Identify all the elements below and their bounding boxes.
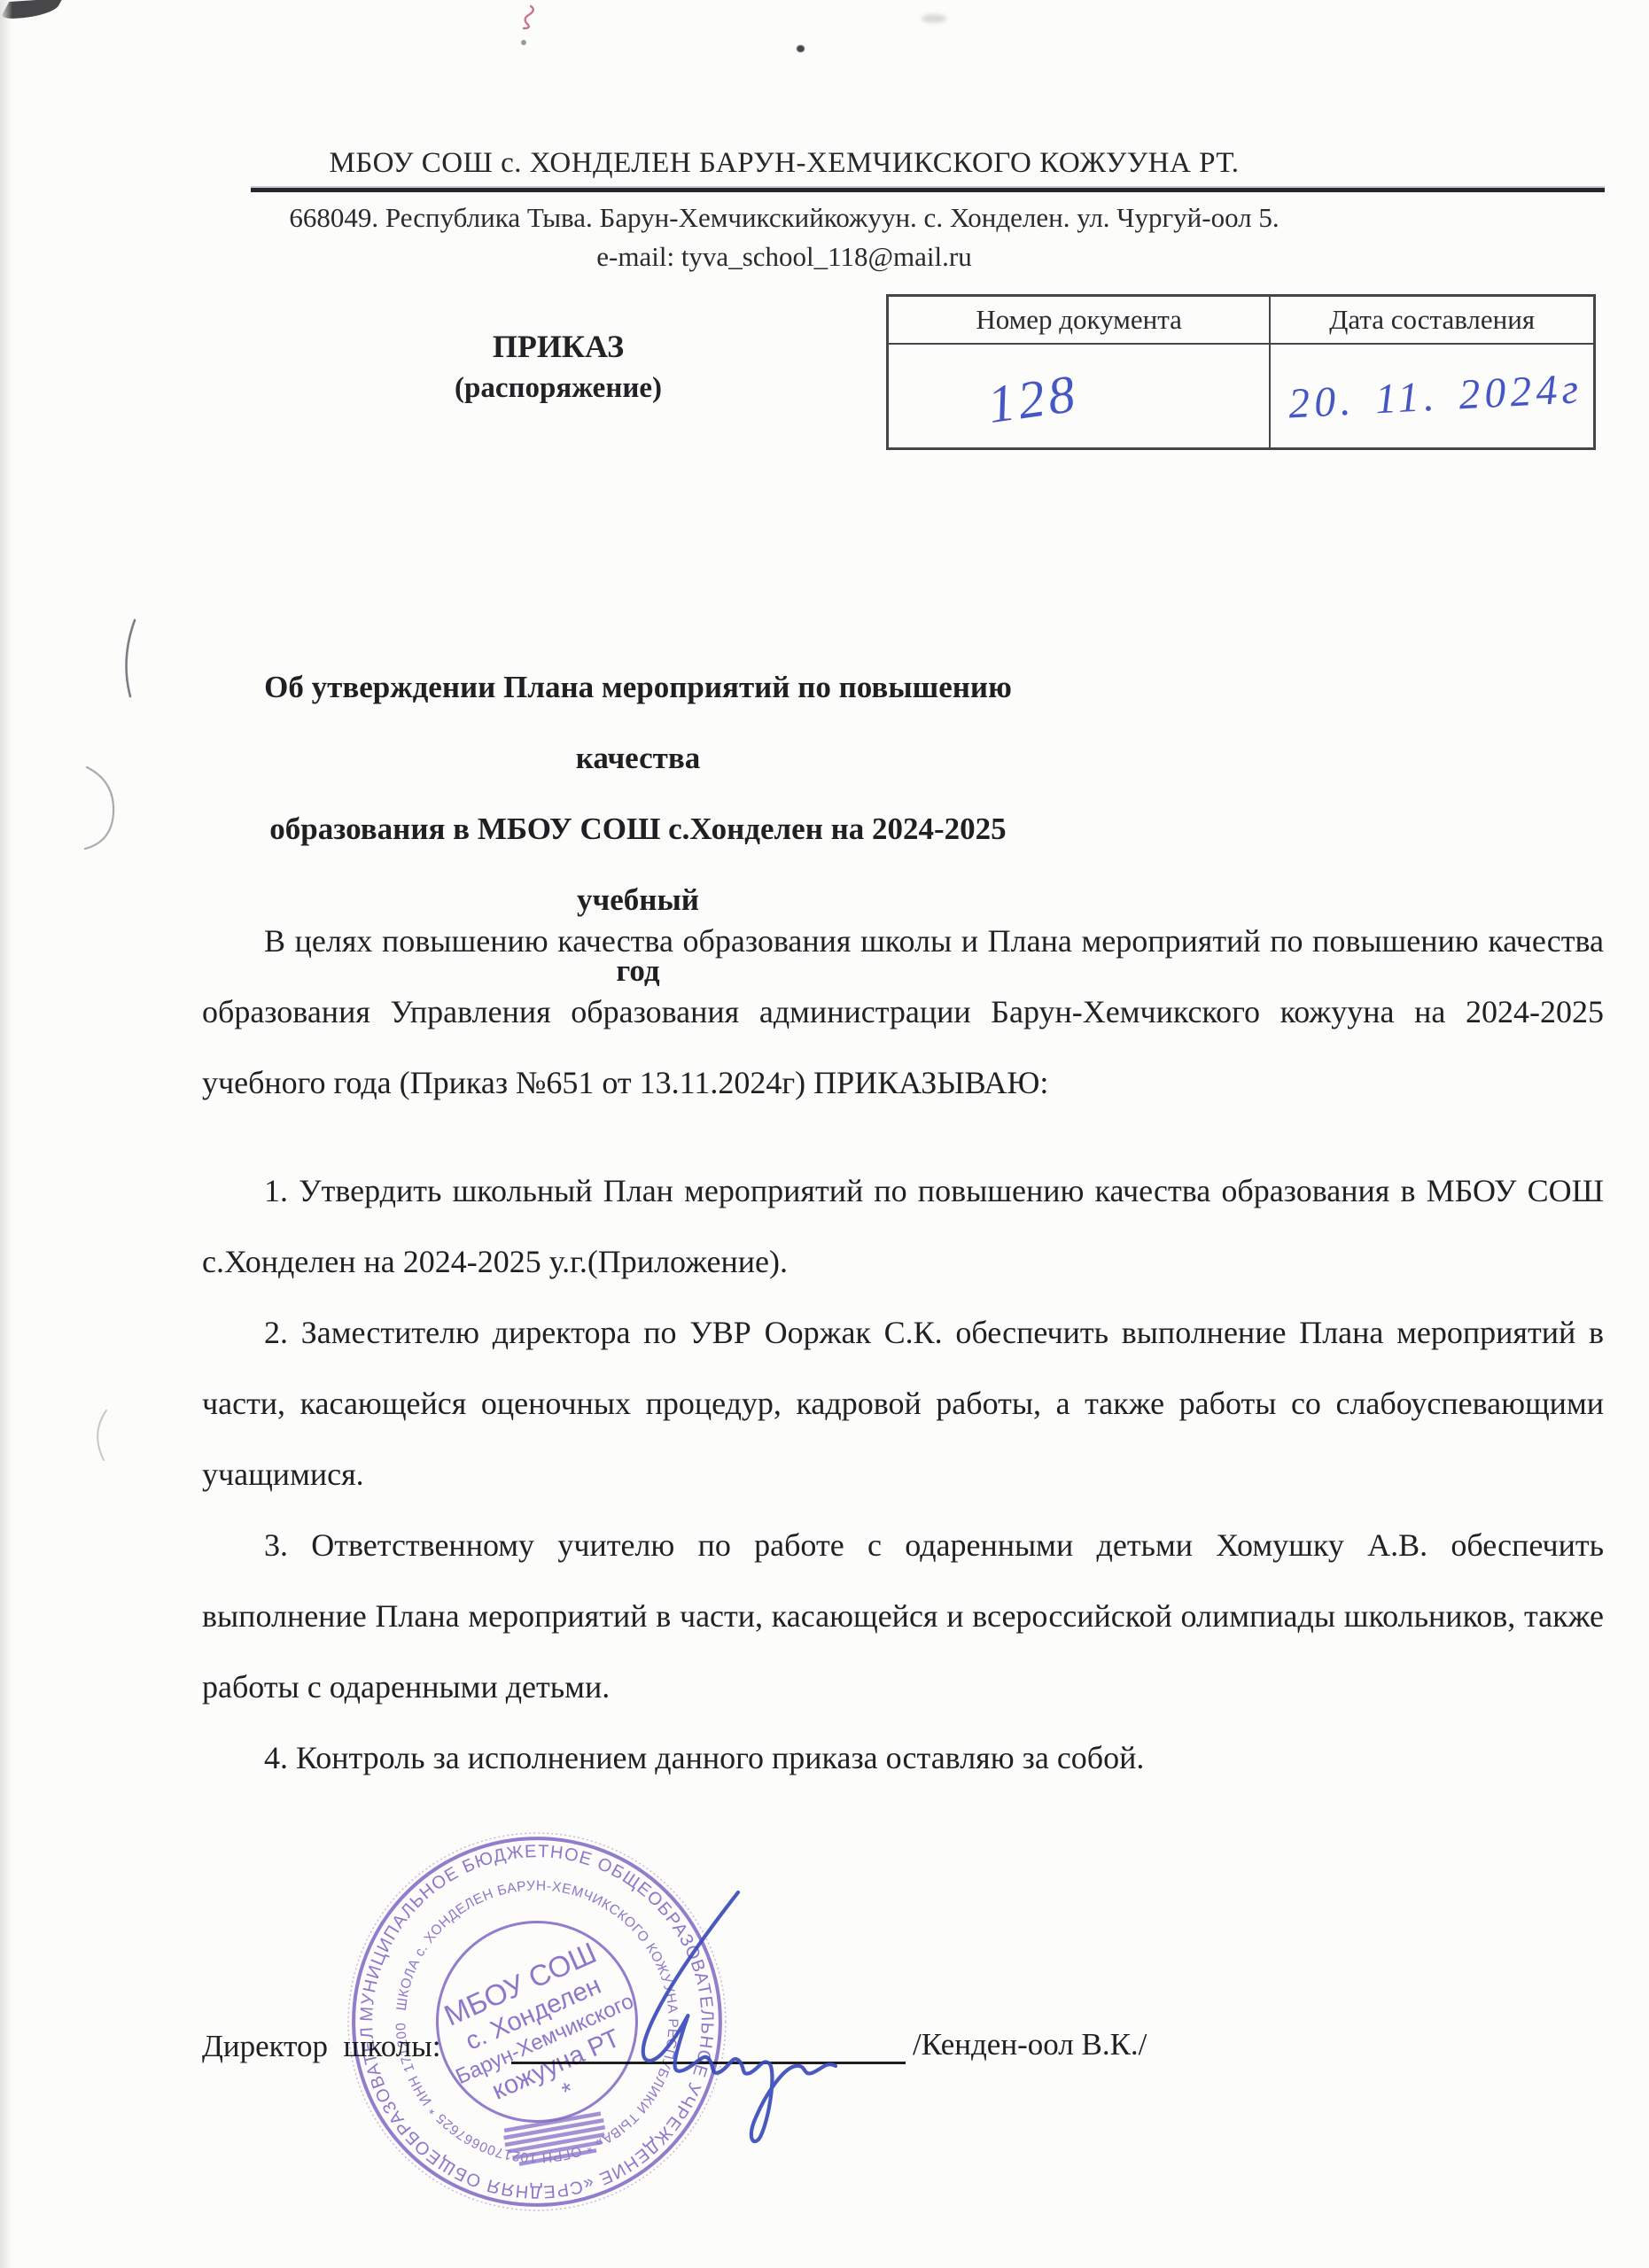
red-squiggle-artifact (518, 4, 538, 30)
order-body: В целях повышению качества образования ш… (202, 905, 1604, 1793)
handwritten-signature (545, 1885, 864, 2160)
handwritten-doc-date: 20. 11. 2024г (1287, 364, 1584, 428)
stamp-center-line1: МБОУ СОШ (439, 1937, 602, 2032)
order-type-label: ПРИКАЗ (381, 328, 735, 365)
organization-name: МБОУ СОШ с. ХОНДЕЛЕН БАРУН-ХЕМЧИКСКОГО К… (0, 147, 1568, 180)
stamp-center-line2: с. Хонделен (462, 1971, 605, 2056)
order-item-3: 3. Ответственному учителю по работе с од… (202, 1510, 1604, 1722)
stamp-hatch-block (502, 2113, 609, 2165)
doc-number-header: Номер документа (889, 297, 1269, 343)
table-value-row: 128 20. 11. 2024г (889, 345, 1593, 447)
stamp-center-star: * (558, 2077, 579, 2106)
doc-date-header: Дата составления (1269, 297, 1593, 343)
signature-line (511, 2062, 906, 2064)
stamp-middle-ring: ШКОЛА с. ХОНДЕЛЕН БАРУН-ХЕМЧИКСКОГО КОЖУ… (339, 1821, 681, 2165)
scanned-order-document-page: МБОУ СОШ с. ХОНДЕЛЕН БАРУН-ХЕМЧИКСКОГО К… (0, 0, 1649, 2268)
organization-address: 668049. Республика Тыва. Барун-Хемчикски… (0, 202, 1568, 234)
stamp-middle-ring-text: ШКОЛА с. ХОНДЕЛЕН БАРУН-ХЕМЧИКСКОГО КОЖУ… (339, 1821, 681, 2165)
director-name: /Кенден-оол В.К./ (913, 2027, 1147, 2062)
scan-smudge (922, 14, 946, 23)
order-item-2: 2. Заместителю директора по УВР Ооржак С… (202, 1297, 1604, 1510)
document-number-table: Номер документа Дата составления 128 20.… (886, 294, 1596, 450)
doc-date-cell: 20. 11. 2024г (1269, 345, 1593, 447)
doc-number-cell: 128 (889, 345, 1269, 447)
stamp-center-text: МБОУ СОШ с. Хонделен Барун-Хемчикского к… (426, 1930, 661, 2142)
stamp-center-line4: кожууна РТ (488, 2024, 625, 2106)
director-label: Директор школы: (202, 2029, 440, 2064)
header-divider-rule (251, 188, 1605, 192)
stamp-center-line3: Барун-Хемчикского (452, 1989, 637, 2089)
scan-speck (521, 40, 526, 45)
order-type-sublabel: (распоряжение) (381, 372, 735, 405)
table-header-row: Номер документа Дата составления (889, 297, 1593, 345)
scan-corner-artifact (0, 0, 63, 19)
scan-speck (797, 45, 805, 52)
handwritten-doc-number: 128 (984, 362, 1082, 436)
stamp-outer-circle (354, 1838, 720, 2205)
order-preamble: В целях повышению качества образования ш… (202, 905, 1604, 1118)
stamp-perforated-edge (348, 1833, 726, 2210)
stamp-inner-circle (438, 1922, 637, 2121)
organization-email: e-mail: tyva_school_118@mail.ru (0, 241, 1568, 273)
order-item-4: 4. Контроль за исполнением данного прика… (202, 1722, 1604, 1793)
stamp-outer-ring: МУНИЦИПАЛЬНОЕ БЮДЖЕТНОЕ ОБЩЕОБРАЗОВАТЕЛЬ… (339, 1821, 717, 2202)
school-round-stamp: МУНИЦИПАЛЬНОЕ БЮДЖЕТНОЕ ОБЩЕОБРАЗОВАТЕЛЬ… (339, 1821, 740, 2231)
stamp-outer-ring-text: МУНИЦИПАЛЬНОЕ БЮДЖЕТНОЕ ОБЩЕОБРАЗОВАТЕЛЬ… (339, 1821, 717, 2202)
order-item-1: 1. Утвердить школьный План мероприятий п… (202, 1155, 1604, 1297)
order-title-line1: Об утверждении Плана мероприятий по повы… (208, 652, 1068, 794)
